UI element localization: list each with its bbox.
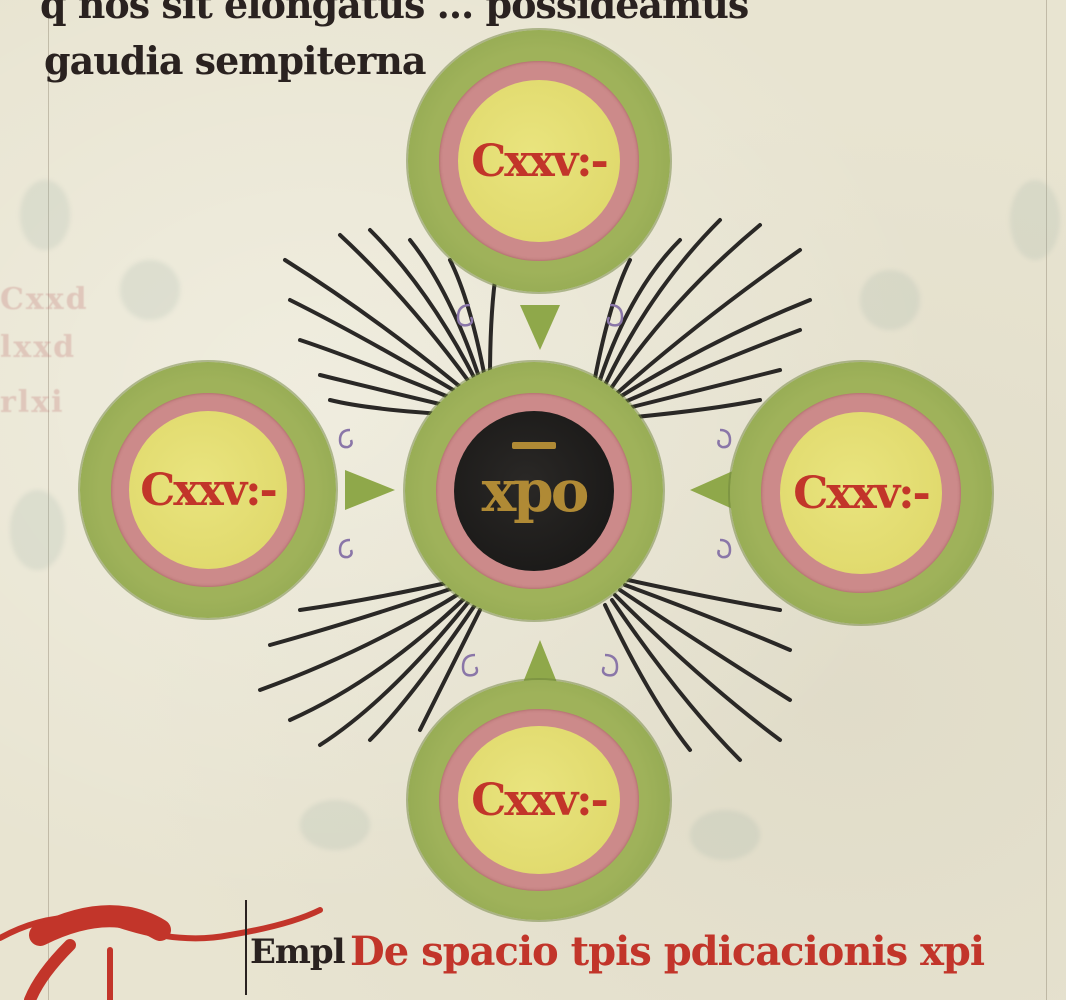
medallion-label: Cxxv:- (793, 468, 929, 519)
medallion-top: Cxxv:- (408, 30, 670, 292)
medallion-label: Cxxv:- (471, 136, 607, 187)
medallion-right: Cxxv:- (730, 362, 992, 624)
christogram-label: xpo (482, 457, 587, 525)
rubric-heading: De spacio tpis pdicacionis xpi (350, 928, 984, 975)
medallion-bottom: Cxxv:- (408, 680, 670, 920)
manuscript-page: Cxxd lxxd rlxi q nos sit elongatus ... p… (0, 0, 1066, 1000)
medallion-left: Cxxv:- (80, 362, 336, 618)
medallion-center: xpo (405, 362, 663, 620)
abbreviation-bar (512, 442, 556, 449)
medallion-label: Cxxv:- (471, 775, 607, 826)
marginal-note: Empl (250, 932, 345, 972)
medallion-label: Cxxv:- (140, 465, 276, 516)
